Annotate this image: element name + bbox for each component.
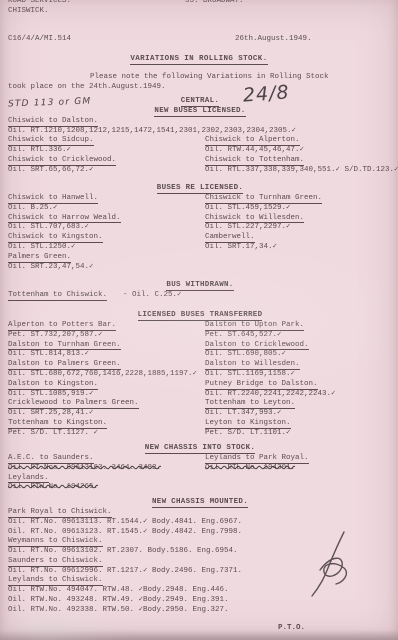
entry-row: Tottenham to Chiswick.- Oil. C.25.✓: [8, 291, 392, 301]
section-heading-label: NEW BUSES LICENSED.: [154, 107, 245, 117]
entry-row: Chiswick to Dalston.Oil. RT.1210,1208,12…: [8, 117, 392, 137]
fleet-line: Oil. STL.680,672,760,1416,2228,1885,1197…: [8, 370, 205, 380]
entry: A.E.C. to Saunders.Oil. RT.Nos. 09613163…: [8, 454, 205, 474]
route-line: Leylands to Park Royal.: [205, 454, 392, 464]
route-label: Chiswick to Tottenham.: [205, 156, 304, 166]
route-label: Dalston to Kingston.: [8, 380, 98, 390]
route-line: Cricklewood to Palmers Green.: [8, 399, 205, 409]
route-label: Dalston to Turnham Green.: [8, 341, 121, 351]
route-label: Park Royal to Chiswick.: [8, 508, 112, 518]
route-line: A.E.C. to Saunders.: [8, 454, 205, 464]
route-line: Camberwell.: [205, 233, 392, 243]
fleet-line: Pet. S/D. LT.1127. ✓: [8, 429, 205, 439]
route-label: Chiswick to Alperton.: [205, 136, 300, 146]
entry-row: Alperton to Potters Bar.Pet. ST.732,207,…: [8, 321, 392, 341]
entry: Leylands.Oil. RTW.No. 194265.: [8, 474, 205, 494]
entry-row: Chiswick to Kingston.Oil. STL.1250.✓Camb…: [8, 233, 392, 253]
section: CENTRAL.NEW BUSES LICENSED.Chiswick to D…: [8, 97, 392, 176]
entry-row: Chiswick to Harrow Weald.Oil. STL.707,68…: [8, 214, 392, 234]
entry: Dalston to Upton Park.Pet. ST.645,527.✓: [205, 321, 392, 341]
entry: Dalston to Turnham Green.Oil. STL.814,81…: [8, 341, 205, 361]
handwritten-note-date: 24/8: [243, 88, 290, 101]
entry: Chiswick to Hanwell.Oil. B.25.✓: [8, 194, 205, 214]
section-heading: BUSES RE LICENSED.: [8, 184, 392, 194]
section: NEW CHASSIS INTO STOCK.A.E.C. to Saunder…: [8, 444, 392, 493]
entry: Dalston to Kingston.Oil. STL.1085,919.✓: [8, 380, 205, 400]
entry: Tottenham to Kingston.Pet. S/D. LT.1127.…: [8, 419, 205, 439]
entry: Tottenham to Leyton.Oil. LT.347,993.✓: [205, 399, 392, 419]
entry: Dalston to Willesden.Oil. STL.1169,1158.…: [205, 360, 392, 380]
section: LICENSED BUSES TRANSFERREDAlperton to Po…: [8, 311, 392, 439]
route-label: Tottenham to Leyton.: [205, 399, 295, 409]
route-label: Dalston to Palmers Green.: [8, 360, 121, 370]
route-label: Chiswick to Cricklewood.: [8, 156, 116, 166]
fleet-line: Oil. STL.1085,919.✓: [8, 390, 205, 400]
entry-row: A.E.C. to Saunders.Oil. RT.Nos. 09613163…: [8, 454, 392, 474]
entry-row: Chiswick to Sidcup.Oil. RTL.336.✓Chiswic…: [8, 136, 392, 156]
section-heading-label: NEW CHASSIS MOUNTED.: [152, 498, 248, 508]
route-line: Dalston to Kingston.: [8, 380, 205, 390]
entry: Chiswick to Sidcup.Oil. RTL.336.✓: [8, 136, 205, 156]
fleet-line: Oil. LT.347,993.✓: [205, 409, 392, 419]
route-label: Palmers Green.: [8, 253, 71, 263]
section-heading-label: BUS WITHDRAWN.: [166, 281, 233, 291]
route-line: Tottenham to Kingston.: [8, 419, 205, 429]
route-line: Chiswick to Harrow Weald.: [8, 214, 205, 224]
route-line: Chiswick to Turnham Green.: [205, 194, 392, 204]
entry: Cricklewood to Palmers Green.Oil. SRT.25…: [8, 399, 205, 419]
entry: Palmers Green.Oil. SRT.23,47,54.✓: [8, 253, 205, 273]
handwritten-signature-icon: [298, 524, 370, 602]
route-label: Chiswick to Turnham Green.: [205, 194, 322, 204]
fleet-line: Oil. STL.707,683.✓: [8, 223, 205, 233]
fleet-line: Oil. RT.2240,2241,2242,2243.✓: [205, 390, 392, 400]
entry: Chiswick to Turnham Green.Oil. STL.459,1…: [205, 194, 392, 214]
fleet-line: Oil. STL.1250.✓: [8, 243, 205, 253]
route-line: Tottenham to Chiswick.- Oil. C.25.✓: [8, 291, 205, 301]
section-heading: LICENSED BUSES TRANSFERRED: [8, 311, 392, 321]
route-label: Tottenham to Chiswick.: [8, 291, 107, 301]
route-label: Leylands to Park Royal.: [205, 454, 309, 464]
section-heading: BUS WITHDRAWN.: [8, 281, 392, 291]
entry-row: Cricklewood to Palmers Green.Oil. SRT.25…: [8, 399, 392, 419]
route-line: Dalston to Cricklewood.: [205, 341, 392, 351]
fleet-line: Oil. STL.690,805.✓: [205, 350, 392, 360]
route-line: Chiswick to Sidcup.: [8, 136, 205, 146]
route-label: Putney Bridge to Dalston.: [205, 380, 318, 390]
route-line: Dalston to Turnham Green.: [8, 341, 205, 351]
route-label: Weymanns to Chiswick.: [8, 537, 103, 547]
route-line: Tottenham to Leyton.: [205, 399, 392, 409]
route-label: Dalston to Upton Park.: [205, 321, 304, 331]
route-line: Dalston to Palmers Green.: [8, 360, 205, 370]
fleet-line: Oil. SRT.25,28,41.✓: [8, 409, 205, 419]
route-label: Chiswick to Willesden.: [205, 214, 304, 224]
route-line: Chiswick to Willesden.: [205, 214, 392, 224]
section-heading: NEW CHASSIS MOUNTED.: [8, 498, 392, 508]
entry-row: Chiswick to Hanwell.Oil. B.25.✓Chiswick …: [8, 194, 392, 214]
fleet-line: Oil. STL.459,1529.✓: [205, 204, 392, 214]
route-label: Dalston to Willesden.: [205, 360, 300, 370]
route-label: Leylands to Chiswick.: [8, 576, 103, 586]
entry-row: Chiswick to Cricklewood.Oil. SRT.65,66,7…: [8, 156, 392, 176]
fleet-line: Oil. SRT.23,47,54.✓: [8, 263, 205, 273]
section: BUSES RE LICENSED.Chiswick to Hanwell.Oi…: [8, 184, 392, 272]
route-line: Chiswick to Alperton.: [205, 136, 392, 146]
entry: Alperton to Potters Bar.Pet. ST.732,207,…: [8, 321, 205, 341]
route-label: A.E.C. to Saunders.: [8, 454, 94, 464]
page-turn-over-label: P.T.O.: [278, 624, 305, 634]
route-line: Dalston to Willesden.: [205, 360, 392, 370]
entry: Chiswick to Dalston.Oil. RT.1210,1208,12…: [8, 117, 392, 137]
fleet-line: Oil. RTL.337,338,339,340,551.✓ S/D.TD.12…: [205, 166, 398, 176]
route-label: Saunders to Chiswick.: [8, 557, 103, 567]
fleet-line: Oil. RT.1210,1208,1212,1215,1472,1541,23…: [8, 127, 392, 137]
route-line: Leylands.: [8, 474, 205, 484]
entry: Chiswick to Tottenham.Oil. RTL.337,338,3…: [205, 156, 398, 176]
fleet-line: Oil. STL.1169,1158.✓: [205, 370, 392, 380]
route-line: Chiswick to Tottenham.: [205, 156, 398, 166]
route-label: Chiswick to Harrow Weald.: [8, 214, 121, 224]
entry: Chiswick to Kingston.Oil. STL.1250.✓: [8, 233, 205, 253]
route-label: Chiswick to Sidcup.: [8, 136, 94, 146]
entry-row: Tottenham to Kingston.Pet. S/D. LT.1127.…: [8, 419, 392, 439]
fleet-line: Oil. RTW.No. 194265.: [8, 483, 205, 493]
fleet-line: Oil. RT.Nos. 09613163. 3464. 3482.: [8, 464, 205, 474]
section-heading-label: BUSES RE LICENSED.: [157, 184, 243, 194]
fleet-line: Oil. RTL.336.✓: [8, 146, 205, 156]
entry: Putney Bridge to Dalston.Oil. RT.2240,22…: [205, 380, 392, 400]
fleet-line: Pet. S/D. LT.1101.✓: [205, 429, 392, 439]
entry-row: Dalston to Kingston.Oil. STL.1085,919.✓P…: [8, 380, 392, 400]
entry: Chiswick to Harrow Weald.Oil. STL.707,68…: [8, 214, 205, 234]
route-line: Dalston to Upton Park.: [205, 321, 392, 331]
entry: Chiswick to Alperton.Oil. RTW.44,45,46,4…: [205, 136, 392, 156]
fleet-line: Oil. SRT.17,34.✓: [205, 243, 392, 253]
fleet-line: Pet. ST.645,527.✓: [205, 331, 392, 341]
entry: Dalston to Palmers Green.Oil. STL.680,67…: [8, 360, 205, 380]
route-label: Dalston to Cricklewood.: [205, 341, 309, 351]
entry-row: Palmers Green.Oil. SRT.23,47,54.✓: [8, 253, 392, 273]
route-label: Camberwell.: [205, 233, 255, 243]
section-heading-label: NEW CHASSIS INTO STOCK.: [145, 444, 255, 454]
entry: Chiswick to Cricklewood.Oil. SRT.65,66,7…: [8, 156, 205, 176]
route-label: Chiswick to Kingston.: [8, 233, 103, 243]
route-line: Chiswick to Dalston.: [8, 117, 392, 127]
route-label: Leylands.: [8, 474, 49, 484]
route-line: Palmers Green.: [8, 253, 205, 263]
fleet-line: Pet. ST.732,207,587.✓: [8, 331, 205, 341]
fleet-line: - Oil. C.25.✓: [123, 291, 182, 299]
entry: Dalston to Cricklewood.Oil. STL.690,805.…: [205, 341, 392, 361]
section-heading-label: LICENSED BUSES TRANSFERRED: [138, 311, 263, 321]
route-line: Alperton to Potters Bar.: [8, 321, 205, 331]
route-label: Leyton to Kingston.: [205, 419, 291, 429]
section-heading-top-label: CENTRAL.: [181, 97, 219, 107]
entry-row: Dalston to Turnham Green.Oil. STL.814,81…: [8, 341, 392, 361]
route-label: Chiswick to Dalston.: [8, 117, 98, 127]
route-label: Tottenham to Kingston.: [8, 419, 107, 429]
route-line: Leyton to Kingston.: [205, 419, 392, 429]
route-label: Chiswick to Hanwell.: [8, 194, 98, 204]
section-heading: NEW BUSES LICENSED.: [8, 107, 392, 117]
route-line: Putney Bridge to Dalston.: [205, 380, 392, 390]
route-label: Cricklewood to Palmers Green.: [8, 399, 139, 409]
fleet-line: Oil. STL.227,2297.✓: [205, 223, 392, 233]
entry: Leyton to Kingston.Pet. S/D. LT.1101.✓: [205, 419, 392, 439]
entry-row: Leylands.Oil. RTW.No. 194265.: [8, 474, 392, 494]
entry: Tottenham to Chiswick.- Oil. C.25.✓: [8, 291, 205, 301]
fleet-line: Oil. RTL.No. 194301.: [205, 464, 392, 474]
section: BUS WITHDRAWN.Tottenham to Chiswick.- Oi…: [8, 281, 392, 301]
fleet-line: Oil. RTW.No. 492338. RTW.50. ✓Body.2950.…: [8, 606, 392, 616]
document-page: ROAD SERVICES. CHISWICK. 55. BROADWAY. C…: [0, 0, 398, 640]
entry: Chiswick to Willesden.Oil. STL.227,2297.…: [205, 214, 392, 234]
route-line: Chiswick to Kingston.: [8, 233, 205, 243]
entry-row: Dalston to Palmers Green.Oil. STL.680,67…: [8, 360, 392, 380]
route-line: Chiswick to Cricklewood.: [8, 156, 205, 166]
route-line: Chiswick to Hanwell.: [8, 194, 205, 204]
entry: Leylands to Park Royal.Oil. RTL.No. 1943…: [205, 454, 392, 474]
fleet-line: Oil. SRT.65,66,72.✓: [8, 166, 205, 176]
fleet-line: Oil. RTW.44,45,46,47.✓: [205, 146, 392, 156]
entry: Camberwell.Oil. SRT.17,34.✓: [205, 233, 392, 253]
fleet-line: Oil. STL.814,813.✓: [8, 350, 205, 360]
section-heading: NEW CHASSIS INTO STOCK.: [8, 444, 392, 454]
fleet-line: Oil. B.25.✓: [8, 204, 205, 214]
route-line: Park Royal to Chiswick.: [8, 508, 392, 518]
route-label: Alperton to Potters Bar.: [8, 321, 116, 331]
